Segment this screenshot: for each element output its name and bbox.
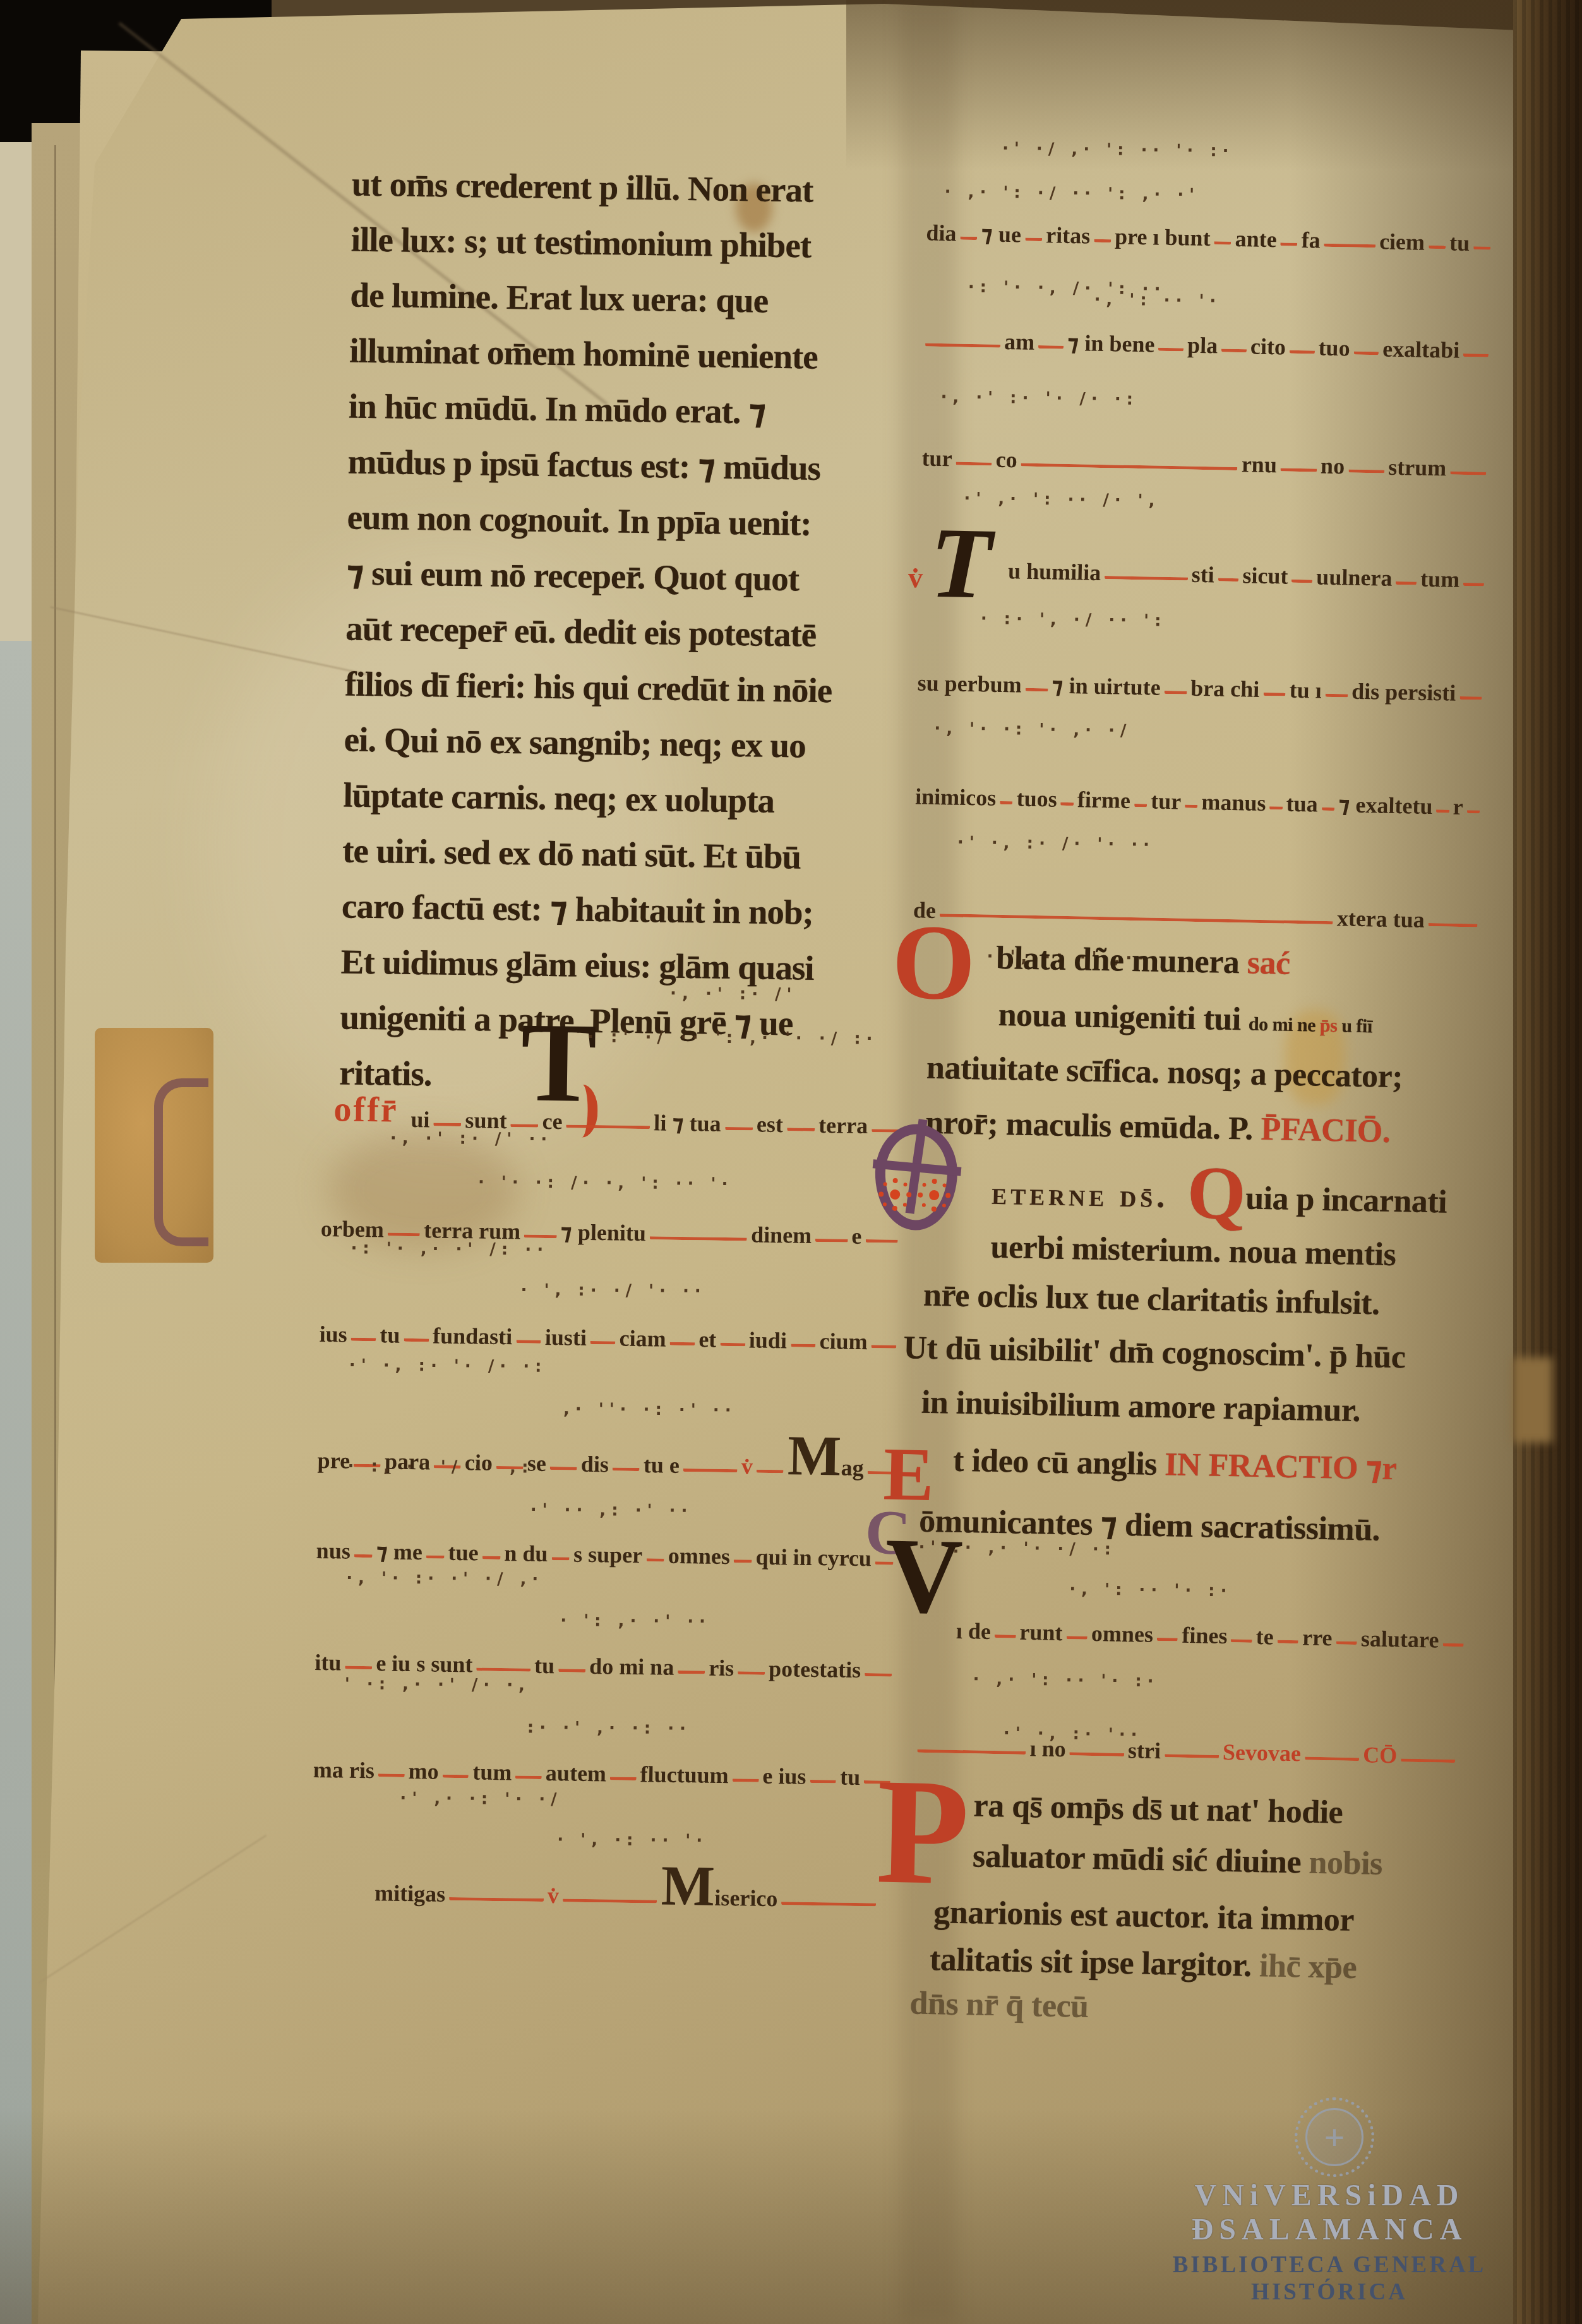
chant-extender-line — [1105, 567, 1188, 581]
prose-line: uerbi misterium. noua mentis — [990, 1229, 1396, 1273]
chant-extender-line — [1325, 685, 1348, 698]
gospel-text-line: in hūc mūdū. In mūdo erat. ⁊ — [324, 379, 931, 443]
neume-row: ·: '· ,· ·' /: ·· — [351, 1239, 679, 1260]
neume-row: · :, ·' '/ ·· ,: — [348, 1457, 689, 1479]
chant-word: itu — [313, 1651, 343, 1674]
chant-line: turcornunostrum — [920, 446, 1489, 480]
chant-word: mo — [407, 1760, 440, 1783]
prose-segment: dn̄s nr̄ q̄ tecū — [909, 1986, 1089, 2025]
chant-extender-line — [442, 1766, 469, 1779]
prose-segment: nobis — [1309, 1845, 1382, 1882]
prose-segment: nr̄e oclis lux tue claritatis infulsit. — [923, 1277, 1380, 1322]
chant-extender-line — [1060, 794, 1074, 806]
chant-extender-line — [388, 1224, 421, 1236]
decorated-initial-P: P — [875, 1774, 970, 1890]
chant-extender-line — [1353, 343, 1379, 355]
neume-row: ·' ,· ·: '· ·/ — [400, 1789, 716, 1810]
neume-row: ·, '· :· ·' ·/ ,· — [346, 1569, 700, 1590]
chant-extender-line — [734, 1551, 752, 1563]
chant-extender-line — [1348, 460, 1385, 473]
prose-segment: noua unigeniti tui — [998, 997, 1249, 1038]
chant-word: tuo — [1317, 336, 1351, 359]
chant-extender-line — [1450, 463, 1487, 475]
prose-segment: nror̄; maculis emūda. P. — [925, 1105, 1261, 1147]
chant-extender-line — [524, 1225, 557, 1238]
chant-word: bra chi — [1189, 677, 1261, 701]
chant-word: fines — [1180, 1624, 1229, 1647]
chant-word: s super — [572, 1543, 644, 1567]
chant-word: Sevovae — [1221, 1741, 1303, 1765]
chant-extender-line — [610, 1768, 637, 1780]
chant-word: cium — [818, 1330, 869, 1353]
chant-extender-line — [345, 1657, 372, 1670]
chant-word: qui in cyrcu — [754, 1546, 873, 1570]
chant-word: e iu s sunt — [375, 1652, 474, 1676]
prose-line: talitatis sit ipse largitor. ihc̄ xp̄e — [929, 1941, 1357, 1986]
chant-extender-line — [426, 1546, 445, 1558]
chant-extender-line — [449, 1888, 544, 1902]
chant-extender-line — [1280, 234, 1297, 246]
chant-extender-line — [378, 1765, 405, 1777]
chant-word: fundasti — [431, 1324, 514, 1348]
chant-extender-line — [815, 1230, 848, 1242]
university-seal-icon: + — [1295, 2097, 1374, 2177]
chant-extender-line — [646, 1549, 664, 1561]
neume-row: ·, ': ·· '· :· — [1069, 1580, 1423, 1603]
prose-segment: ra qs̄ omp̄s ds̄ ut nat' hodie — [973, 1787, 1343, 1830]
chant-extender-line — [1094, 230, 1111, 243]
gospel-text-line: ut om̄s crederent p illū. Non erat — [327, 157, 934, 220]
chant-extender-line — [1165, 1745, 1219, 1758]
chant-line: u humiliastisicutuulneratum — [1007, 559, 1487, 592]
chant-extender-line — [1401, 1749, 1456, 1763]
neume-row: ' ·: ,· ·' /· ·, — [345, 1674, 686, 1696]
chant-extender-line — [725, 1118, 753, 1131]
decorated-initial-T: T — [929, 525, 992, 602]
chant-word: ⁊ me — [375, 1540, 424, 1563]
chant-extender-line — [1467, 801, 1480, 813]
chant-extender-line — [558, 1660, 585, 1672]
chant-word: am — [1003, 330, 1036, 354]
gospel-text-line: ei. Qui nō ex sangnib; neq; ex uo — [320, 712, 926, 776]
neume-row: ·' ,· ': ·· /· ', — [964, 489, 1482, 515]
chant-word: salutare — [1360, 1627, 1441, 1651]
chant-extender-line — [1442, 1635, 1464, 1647]
chant-word: orbem — [320, 1217, 385, 1241]
gospel-text-block: ut om̄s crederent p illū. Non eratille l… — [315, 157, 935, 1109]
gospel-text-line: illuminat om̄em hominē ueniente — [325, 323, 932, 387]
prose-segment: saluator mūdi sić diuine — [973, 1838, 1310, 1880]
chant-word: sti — [1190, 563, 1216, 587]
chant-extender-line — [791, 1335, 816, 1347]
vere-dignum-monogram — [874, 1123, 958, 1231]
prose-line: blata dñe munera sać — [996, 939, 1290, 982]
chant-extender-line — [995, 1626, 1016, 1638]
neume-row: · ,· ': ·/ ·· ': ,· ·' — [945, 182, 1488, 208]
prose-segment: IN FRACTIO ⁊r — [1165, 1446, 1397, 1487]
prose-segment: u fiī — [1337, 1015, 1372, 1037]
neume-row: · '· ·: /· ·, ': ·· '· — [478, 1173, 882, 1195]
chant-word: tu — [378, 1323, 402, 1346]
gospel-text-line: caro factū est: ⁊ habitauit in nob; — [317, 879, 924, 943]
chant-extender-line — [516, 1331, 541, 1344]
neume-row: ,· ''· ·: ·' ·· — [563, 1400, 873, 1421]
chant-word: tue — [446, 1541, 479, 1564]
chant-extender-line — [1214, 232, 1231, 245]
chant-word: Mag — [786, 1445, 866, 1479]
neume-row: :· ·' ,· ·: ·· — [527, 1719, 868, 1740]
chant-extender-line — [669, 1333, 695, 1346]
chant-extender-line — [1231, 1630, 1252, 1643]
neume-row: ·, ·' :· /' — [670, 984, 885, 1004]
chant-word: te — [1255, 1625, 1276, 1648]
chant-word: tuos — [1015, 787, 1058, 810]
chant-extender-line — [1038, 337, 1064, 349]
chant-extender-line — [960, 228, 977, 241]
chant-word: xtera tua — [1336, 907, 1427, 931]
prose-segment: talitatis sit ipse largitor. — [929, 1941, 1259, 1984]
chant-extender-line — [650, 1227, 747, 1241]
chant-word: firme — [1076, 788, 1132, 812]
chant-word: exaltabi — [1381, 337, 1461, 361]
decorated-initial-E: E — [883, 1446, 935, 1504]
chant-line: ma rismotumautemfluctuume iustu — [312, 1758, 893, 1789]
chant-word: dis persisti — [1350, 680, 1458, 705]
chant-extender-line — [1281, 459, 1317, 472]
book-binding-edge — [1513, 0, 1582, 2324]
chant-extender-line — [738, 1662, 765, 1675]
neume-row: ·' ·, :· '· /· ·: — [349, 1356, 703, 1378]
prose-segment: p̄s — [1320, 1015, 1338, 1037]
chant-extender-line — [1269, 797, 1283, 809]
chant-word: CŌ — [1362, 1743, 1399, 1767]
chant-word: dia — [925, 222, 958, 245]
chant-word: Miserico — [659, 1875, 779, 1910]
watermark-university: VNiVERSiDAD — [1102, 2178, 1557, 2213]
chant-word: tum — [471, 1760, 513, 1784]
chant-word: rnu — [1240, 453, 1279, 476]
chant-word: pla — [1186, 334, 1219, 357]
chant-extender-line — [1134, 795, 1148, 807]
chant-line: mitigasv̇Miserico — [373, 1871, 879, 1911]
chant-word: ⁊ in uirtute — [1050, 674, 1162, 698]
gospel-text-line: eum non cognouit. In ppīa uenit: — [323, 490, 930, 554]
chant-extender-line — [1066, 1627, 1088, 1640]
chant-extender-line — [1291, 571, 1312, 583]
chant-word: tu — [1448, 231, 1471, 254]
chant-word: e — [850, 1225, 863, 1248]
chant-word: li ⁊ tua — [652, 1111, 722, 1135]
neume-row: · ': ,· ·' ·· — [560, 1611, 870, 1632]
chant-word: potestatis — [767, 1657, 862, 1681]
chant-word: tur — [920, 446, 954, 470]
chant-line: nus⁊ metuen dus superomnesqui in cyrcu — [315, 1539, 896, 1570]
prose-line: saluator mūdi sić diuine nobis — [973, 1837, 1383, 1882]
chant-extender-line — [404, 1330, 429, 1342]
prose-line: dn̄s nr̄ q̄ tecū — [909, 1985, 1089, 2025]
gospel-text-line: te uiri. sed ex dō nati sūt. Et ūbū — [318, 823, 925, 887]
neume-row: ·' ·, :· /· '· ·· — [957, 833, 1475, 859]
chant-word: uulnera — [1315, 565, 1394, 589]
prose-line: nror̄; maculis emūda. P. P̄FACIŌ. — [925, 1104, 1391, 1150]
chant-extender-line — [1021, 455, 1238, 471]
chant-word: ius — [318, 1323, 349, 1346]
chant-extender-line — [1221, 340, 1247, 353]
chant-extender-line — [1429, 237, 1446, 249]
chant-word: dinem — [750, 1223, 813, 1246]
gospel-text-line: ritatis. — [315, 1046, 922, 1109]
chant-word: fluctuum — [638, 1763, 730, 1787]
prose-segment: in inuisibilium amore rapiamur. — [921, 1385, 1360, 1429]
prose-line: nr̄e oclis lux tue claritatis infulsit. — [923, 1277, 1380, 1323]
chant-line: dia⁊ ueritaspre ı buntantefaciemtu — [925, 222, 1494, 255]
neume-row: · :' ·/ ·· ': ,· '· ·/ :· — [587, 1028, 884, 1049]
chant-word: e ius — [761, 1765, 808, 1788]
neume-row: · :· ', ·/ ·· ': — [981, 609, 1480, 635]
chant-extender-line — [476, 1659, 530, 1672]
chant-line: inimicostuosfirmeturmanustua⁊ exaltetur — [914, 785, 1483, 818]
chant-word: v̇ — [740, 1455, 755, 1477]
chant-extender-line — [1165, 682, 1187, 694]
chant-word: u humilia — [1007, 559, 1103, 584]
chant-extender-line — [1463, 345, 1489, 357]
chant-word: est — [755, 1113, 784, 1136]
prose-segment: eterne ds̄. — [992, 1176, 1169, 1215]
chant-extender-line — [1324, 235, 1376, 248]
prose-segment: do mi ne — [1249, 1014, 1321, 1036]
chant-word: ante — [1233, 227, 1278, 251]
chant-extender-line — [787, 1119, 815, 1131]
chant-extender-line — [678, 1662, 705, 1674]
chant-word: do mi na — [588, 1655, 676, 1679]
chant-extender-line — [781, 1893, 876, 1906]
prose-line: Ut dū uisibilit' dm̄ cognoscim'. p̄ hūc — [903, 1329, 1406, 1376]
left-text-column: ut om̄s crederent p illū. Non eratille l… — [302, 139, 935, 2041]
chant-word: co — [994, 448, 1019, 472]
chant-extender-line — [510, 1115, 538, 1128]
chant-extender-line — [1278, 1631, 1299, 1644]
chant-word: inimicos — [914, 785, 998, 809]
neume-row: ·, ·' :· '· /· ·: — [940, 388, 1483, 414]
chant-word: mitigas — [373, 1881, 446, 1905]
chant-word: nus — [315, 1539, 352, 1563]
chant-extender-line — [482, 1547, 501, 1559]
chant-extender-line — [1070, 1743, 1125, 1756]
chant-word: tur — [1149, 790, 1183, 813]
prose-line: in inuisibilium amore rapiamur. — [921, 1384, 1360, 1429]
chant-word: ui — [409, 1108, 431, 1131]
chant-word: su perbum — [916, 671, 1023, 696]
chant-extender-line — [551, 1548, 570, 1560]
neume-row: ·' ·/ ,· ': ·· '· :· — [1002, 139, 1444, 164]
prose-segment: t ideo cū anglis — [953, 1443, 1165, 1482]
chant-extender-line — [940, 905, 1333, 924]
decorated-initial-V: V — [884, 1535, 963, 1618]
prose-segment: uerbi misterium. noua mentis — [990, 1229, 1396, 1273]
chant-word: ma ris — [312, 1758, 376, 1782]
chant-word: ı no — [1028, 1737, 1067, 1760]
watermark-library: BIBLIOTECA GENERAL HISTÓRICA — [1102, 2251, 1557, 2306]
decorated-initial-O: O — [891, 922, 976, 1004]
chant-extender-line — [566, 1116, 650, 1129]
neume-row: · ,· ': ·· '· :· — [973, 1670, 1415, 1695]
chant-word: ris — [707, 1657, 735, 1680]
prose-segment: P̄FACIŌ. — [1261, 1111, 1391, 1150]
gospel-text-line: ille lux: s; ut testimonium phibet — [327, 212, 933, 276]
chant-word: ⁊ ue — [980, 222, 1022, 246]
chant-word: v̇ — [546, 1884, 561, 1907]
binding-notch — [1513, 1357, 1552, 1443]
chant-word: tum — [1419, 568, 1461, 591]
chant-extender-line — [515, 1767, 542, 1779]
chant-extender-line — [563, 1890, 657, 1903]
chant-word: tua — [1285, 792, 1319, 816]
chant-extender-line — [1322, 799, 1335, 811]
neume-row: ·, ': ·· '· — [1094, 290, 1447, 314]
chant-extender-line — [810, 1771, 836, 1784]
prose-segment: Ut dū uisibilit' dm̄ cognoscim'. p̄ hūc — [903, 1330, 1406, 1375]
prose-segment: natiuitate scīfica. nosq; a peccator; — [926, 1050, 1403, 1095]
neume-row: · ', :· ·/ '· ·· — [520, 1280, 874, 1302]
prose-line: ra qs̄ omp̄s ds̄ ut nat' hodie — [973, 1787, 1343, 1831]
chant-extender-line — [1158, 339, 1184, 352]
chant-extender-line — [1025, 229, 1042, 242]
chant-word: tu — [839, 1766, 862, 1789]
chant-extender-line — [1436, 801, 1449, 813]
chant-word: sicut — [1241, 564, 1290, 587]
chant-word: manus — [1200, 790, 1267, 814]
chant-word: sunt — [464, 1109, 508, 1132]
gospel-text-line: mūdus p ipsū factus est: ⁊ mūdus — [323, 434, 930, 498]
chant-extender-line — [1459, 688, 1482, 700]
chant-extender-line — [757, 1461, 784, 1474]
chant-word: stri — [1127, 1739, 1163, 1762]
chant-extender-line — [433, 1114, 461, 1126]
chant-word: iusti — [544, 1326, 589, 1349]
chant-word: ⁊ exaltetu — [1337, 793, 1434, 818]
chant-extender-line — [1429, 914, 1478, 927]
chant-extender-line — [1473, 237, 1490, 250]
chant-extender-line — [1336, 1632, 1357, 1645]
right-text-column: ·' ·/ ,· ': ·· '· :·· ,· ': ·/ ·· ': ,· … — [871, 51, 1519, 2082]
chant-word: omnes — [1090, 1622, 1155, 1646]
prose-segment: gnarionis est auctor. ita immor — [933, 1894, 1355, 1938]
prose-line: natiuitate scīfica. nosq; a peccator; — [926, 1049, 1403, 1095]
gospel-text-line: aūt receper̄ eū. dedit eis potestatē — [321, 601, 928, 665]
neume-row: ·, '· ·: '· ,· ·/ — [934, 719, 1477, 745]
chant-extender-line — [1218, 569, 1238, 582]
chant-word: terra — [817, 1114, 869, 1137]
chant-extender-line — [1157, 1629, 1178, 1642]
seal-cross-icon: + — [1298, 2101, 1371, 2174]
chant-word: no — [1319, 455, 1346, 478]
watermark-de-salamanca: ÐSALAMANCA — [1102, 2212, 1557, 2247]
neume-row: · ', ·: ·· '· — [557, 1830, 860, 1851]
chant-extender-line — [733, 1770, 759, 1782]
gospel-text-line: lūptate carnis. neq; ex uolupta — [319, 768, 926, 831]
chant-word: r — [1451, 796, 1465, 818]
chant-word: ciem — [1378, 230, 1427, 253]
chant-line: dextera tua — [912, 898, 1481, 932]
prose-line: t ideo cū anglis IN FRACTIO ⁊r — [953, 1441, 1397, 1487]
chant-word: autem — [544, 1761, 608, 1785]
chant-word: n du — [503, 1542, 549, 1565]
chant-word: runt — [1018, 1621, 1064, 1644]
chant-extender-line — [720, 1334, 745, 1347]
decorated-initial-v: v̇ — [908, 567, 923, 589]
chant-extender-line — [1000, 792, 1013, 804]
prose-line: noua unigeniti tui do mi ne p̄s u fiī — [998, 996, 1372, 1040]
chant-extender-line — [683, 1460, 738, 1472]
gospel-text-line: de lumine. Erat lux uera: que — [326, 268, 933, 331]
chant-extender-line — [1185, 796, 1198, 808]
prose-line: gnarionis est auctor. ita immor — [933, 1893, 1355, 1939]
chant-word: omnes — [667, 1544, 731, 1568]
prose-segment: sać — [1247, 945, 1290, 982]
chant-extender-line — [956, 453, 992, 466]
chant-word: tu ı — [1288, 679, 1323, 702]
chant-word: ritas — [1045, 223, 1092, 247]
prose-segment: uia p incarnati — [1245, 1181, 1447, 1220]
chant-extender-line — [925, 335, 1000, 348]
gospel-text-line: ⁊ sui eum nō receper̄. Quot quot — [322, 545, 929, 609]
chant-word: iudi — [748, 1328, 789, 1352]
chant-extender-line — [1396, 573, 1417, 585]
chant-line: su perbum⁊ in uirtutebra chitu ıdis pers… — [916, 671, 1485, 705]
gospel-text-line: filios dī fieri: his qui credūt in nōie — [320, 657, 927, 720]
chant-line: am⁊ in beneplacitotuoexaltabi — [923, 328, 1492, 362]
neume-row: ·' ·· ,: ·' ·· — [530, 1501, 872, 1522]
chant-word: fa — [1300, 229, 1322, 252]
chant-word: et — [697, 1328, 717, 1350]
neume-row: ·, ·' :· /' ·· — [390, 1129, 656, 1150]
chant-word: cito — [1249, 335, 1288, 358]
chant-word: ciam — [618, 1327, 667, 1350]
library-watermark: + VNiVERSiDAD ÐSALAMANCA BIBLIOTECA GENE… — [1102, 2097, 1557, 2287]
chant-extender-line — [354, 1546, 373, 1558]
chant-word: pre ı bunt — [1113, 225, 1212, 249]
chant-extender-line — [1263, 684, 1286, 696]
chant-word: rre — [1301, 1626, 1334, 1649]
chant-extender-line — [1026, 679, 1048, 692]
chant-word: tu — [533, 1654, 556, 1677]
chant-line: iustufundastiiusticiametiudicium — [318, 1323, 899, 1354]
prose-segment: blata dñe munera — [996, 940, 1247, 981]
chant-extender-line — [1463, 574, 1484, 587]
prose-segment: ihc̄ xp̄e — [1259, 1948, 1357, 1986]
offertory-rubric: offr̄ — [333, 1089, 398, 1130]
chant-extender-line — [1305, 1748, 1360, 1761]
chant-word: ⁊ in bene — [1066, 331, 1156, 356]
chant-line: ı deruntomnesfinesterresalutare — [955, 1619, 1467, 1652]
prose-line: eterne ds̄. Quia p incarnati — [992, 1175, 1447, 1221]
chant-extender-line — [351, 1329, 376, 1342]
chant-extender-line — [590, 1332, 616, 1345]
chant-extender-line — [1290, 342, 1315, 354]
prose-segment: Q — [1168, 1150, 1246, 1235]
chant-word: strum — [1387, 456, 1448, 480]
chant-word: pre — [316, 1449, 352, 1472]
